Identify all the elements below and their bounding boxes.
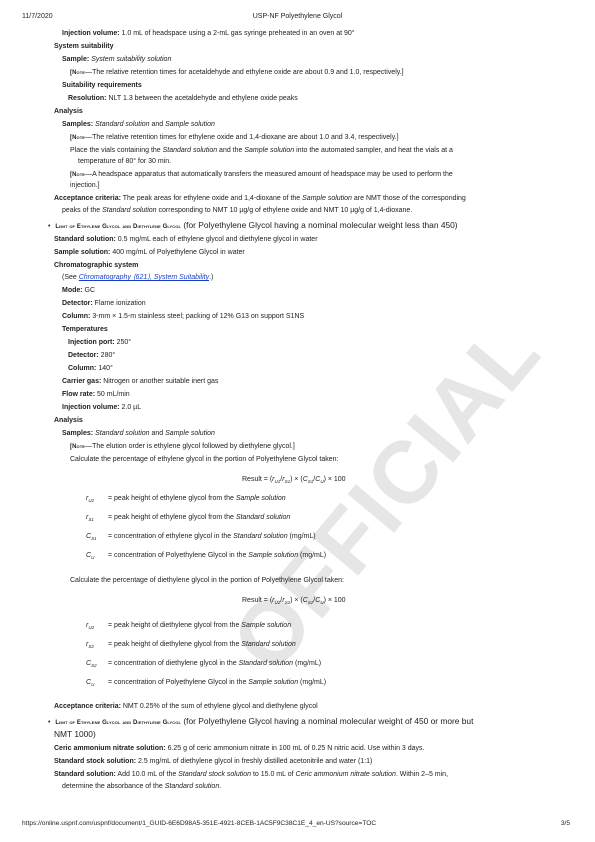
samples-line-2: Samples: Standard solution and Sample so… xyxy=(62,429,215,438)
note-retention-dioxane: [Note—The relative retention times for e… xyxy=(70,133,399,143)
samples-and: and xyxy=(150,121,166,128)
sample-solution-line: Sample solution: 400 mg/mL of Polyethyle… xyxy=(54,248,245,257)
definition-row: rU1= peak height of ethylene glycol from… xyxy=(86,494,286,505)
value: 2.0 µL xyxy=(120,404,142,411)
text: Standard solution xyxy=(102,207,156,214)
place-vials-line: Place the vials containing the Standard … xyxy=(70,146,453,155)
calc-eg-instruction: Calculate the percentage of ethylene gly… xyxy=(70,455,339,464)
text: Standard solution xyxy=(95,430,149,437)
carrier-gas-line: Carrier gas: Nitrogen or another suitabl… xyxy=(62,377,218,386)
value: 2.5 mg/mL of diethylene glycol in freshl… xyxy=(136,758,372,765)
definition-text: = concentration of ethylene glycol in th… xyxy=(108,533,233,540)
text: determine the absorbance of the xyxy=(62,783,165,790)
value: 400 mg/mL of Polyethylene Glycol in wate… xyxy=(110,249,244,256)
definition-row: CS2= concentration of diethylene glycol … xyxy=(86,659,321,670)
definition-row: CU= concentration of Polyethylene Glycol… xyxy=(86,678,326,689)
label: Injection port: xyxy=(68,339,115,346)
system-suitability-heading: System suitability xyxy=(54,42,114,51)
label: Ceric ammonium nitrate solution: xyxy=(54,745,166,752)
symbol-sub: U2 xyxy=(88,625,94,630)
definition-symbol: CU xyxy=(86,551,108,562)
note-label: [Note xyxy=(70,172,85,178)
label: Detector: xyxy=(62,300,93,307)
formula-eg: Result = (rU1/rS1) × (CS1/CU) × 100 xyxy=(242,475,346,486)
note-text: —The relative retention times for acetal… xyxy=(85,69,404,76)
place-vials-cont: temperature of 80° for 30 min. xyxy=(78,157,171,166)
value: 250° xyxy=(115,339,131,346)
resolution-label: Resolution: xyxy=(68,95,107,102)
definition-italic: Sample solution xyxy=(236,495,286,502)
standard-solution-line-3: Standard solution: Add 10.0 mL of the St… xyxy=(54,770,448,779)
ss-sample-value: System suitability solution xyxy=(91,56,171,63)
note-elution-order: [Note—The elution order is ethylene glyc… xyxy=(70,442,295,452)
value: NMT 0.25% of the sum of ethylene glycol … xyxy=(121,703,318,710)
definition-symbol: CU xyxy=(86,678,108,689)
limit-heading-450-1000: Limit of Ethylene Glycol and Diethylene … xyxy=(48,717,473,728)
definition-text: = peak height of diethylene glycol from … xyxy=(108,622,241,629)
definition-symbol: CS2 xyxy=(86,659,108,670)
definition-text: = peak height of diethylene glycol from … xyxy=(108,641,241,648)
label: Injection volume: xyxy=(62,404,120,411)
text: Standard solution xyxy=(163,147,217,154)
definition-symbol: rS1 xyxy=(86,513,108,524)
value: Nitrogen or another suitable inert gas xyxy=(101,378,218,385)
analysis-heading-1: Analysis xyxy=(54,107,83,116)
definition-italic: Standard solution xyxy=(241,641,295,648)
note-label: [Note xyxy=(70,70,85,76)
standard-solution-line: Standard solution: 0.5 mg/mL each of eth… xyxy=(54,235,318,244)
symbol-sub: U1 xyxy=(88,498,94,503)
text: Place the vials containing the xyxy=(70,147,163,154)
definition-italic: Standard solution xyxy=(233,533,287,540)
injection-volume-line: Injection volume: 1.0 mL of headspace us… xyxy=(62,29,355,38)
definition-row: rS1= peak height of ethylene glycol from… xyxy=(86,513,290,524)
limit-heading-cont: NMT 1000) xyxy=(54,730,96,739)
symbol-sub: S2 xyxy=(91,663,97,668)
symbol-sub: S1 xyxy=(88,517,94,522)
standard-stock-line: Standard stock solution: 2.5 mg/mL of di… xyxy=(54,757,372,766)
symbol-sub: S2 xyxy=(88,644,94,649)
label: Column: xyxy=(68,365,96,372)
definition-text: = concentration of diethylene glycol in … xyxy=(108,660,239,667)
acceptance-criteria-1: Acceptance criteria: The peak areas for … xyxy=(54,194,466,203)
ceric-solution-line: Ceric ammonium nitrate solution: 6.25 g … xyxy=(54,744,425,753)
value: GC xyxy=(83,287,95,294)
samples-smp: Sample solution xyxy=(165,121,215,128)
samples-label: Samples: xyxy=(62,121,93,128)
see-reference-line: (See Chromatography ⟨621⟩, System Suitab… xyxy=(62,273,213,282)
definition-row: CU= concentration of Polyethylene Glycol… xyxy=(86,551,326,562)
definition-text: = peak height of ethylene glycol from th… xyxy=(108,495,236,502)
definition-symbol: rU1 xyxy=(86,494,108,505)
value: 50 mL/min xyxy=(95,391,130,398)
symbol-sub: U xyxy=(91,682,94,687)
text: are NMT those of the corresponding xyxy=(352,195,466,202)
formula-text: ) × 100 xyxy=(324,476,346,483)
temperatures-heading: Temperatures xyxy=(62,325,108,334)
text: Ceric ammonium nitrate solution xyxy=(296,771,396,778)
formula-text: Result = ( xyxy=(242,597,272,604)
definition-symbol: rS2 xyxy=(86,640,108,651)
definition-symbol: CS1 xyxy=(86,532,108,543)
definition-text: (mg/mL) xyxy=(288,533,316,540)
value: 280° xyxy=(99,352,115,359)
text: The peak areas for ethylene oxide and 1,… xyxy=(121,195,302,202)
definition-italic: Sample solution xyxy=(248,552,298,559)
text: Sample solution xyxy=(244,147,294,154)
label: Acceptance criteria: xyxy=(54,703,121,710)
note-label: [Note xyxy=(70,444,85,450)
definition-text: (mg/mL) xyxy=(298,552,326,559)
definition-italic: Sample solution xyxy=(241,622,291,629)
text: Sample solution xyxy=(302,195,352,202)
ss-sample-label: Sample: xyxy=(62,56,89,63)
note-text: —The relative retention times for ethyle… xyxy=(85,134,399,141)
chromatography-link[interactable]: Chromatography ⟨621⟩, System Suitability xyxy=(79,274,209,281)
definition-text: = concentration of Polyethylene Glycol i… xyxy=(108,552,248,559)
formula-text: Result = ( xyxy=(242,476,272,483)
injection-volume-label: Injection volume: xyxy=(62,30,120,37)
symbol-sub: U xyxy=(91,555,94,560)
definition-row: CS1= concentration of ethylene glycol in… xyxy=(86,532,316,543)
definition-symbol: rU2 xyxy=(86,621,108,632)
note-label: [Note xyxy=(70,135,85,141)
definition-row: rS2= peak height of diethylene glycol fr… xyxy=(86,640,296,651)
note-headspace: [Note—A headspace apparatus that automat… xyxy=(70,170,453,180)
definition-italic: Sample solution xyxy=(248,679,298,686)
formula-text: ) × 100 xyxy=(324,597,346,604)
detector-temp-line: Detector: 280° xyxy=(68,351,115,360)
text: (See xyxy=(62,274,79,281)
limit-heading-sc: Limit of Ethylene Glycol and Diethylene … xyxy=(55,720,181,726)
injection-volume-value: 1.0 mL of headspace using a 2-mL gas syr… xyxy=(122,30,355,37)
text: Standard solution xyxy=(165,783,219,790)
text: . xyxy=(219,783,221,790)
injection-volume-line-2: Injection volume: 2.0 µL xyxy=(62,403,141,412)
label: Standard solution: xyxy=(54,236,116,243)
text: . Within 2–5 min, xyxy=(396,771,448,778)
label: Samples: xyxy=(62,430,93,437)
formula-text: ) × ( xyxy=(290,476,303,483)
text: to 15.0 mL of xyxy=(251,771,296,778)
samples-std: Standard solution xyxy=(95,121,149,128)
text: and the xyxy=(217,147,244,154)
flow-rate-line: Flow rate: 50 mL/min xyxy=(62,390,130,399)
label: Carrier gas: xyxy=(62,378,101,385)
formula-text: ) × ( xyxy=(290,597,303,604)
chromatographic-system-heading: Chromatographic system xyxy=(54,261,138,270)
note-text: —A headspace apparatus that automaticall… xyxy=(85,171,453,178)
definition-text: = peak height of ethylene glycol from th… xyxy=(108,514,236,521)
label: Sample solution: xyxy=(54,249,110,256)
text: .) xyxy=(209,274,213,281)
text: Standard stock solution xyxy=(178,771,251,778)
definition-text: = concentration of Polyethylene Glycol i… xyxy=(108,679,248,686)
value: Flame ionization xyxy=(93,300,146,307)
column-temp-line: Column: 140° xyxy=(68,364,113,373)
acceptance-criteria-2: Acceptance criteria: NMT 0.25% of the su… xyxy=(54,702,318,711)
injection-port-line: Injection port: 250° xyxy=(68,338,131,347)
text: peaks of the xyxy=(62,207,102,214)
symbol-sub: S1 xyxy=(91,536,97,541)
acceptance-label: Acceptance criteria: xyxy=(54,195,121,202)
definition-italic: Standard solution xyxy=(236,514,290,521)
mode-line: Mode: GC xyxy=(62,286,95,295)
limit-heading-rest: (for Polyethylene Glycol having a nomina… xyxy=(181,716,473,726)
limit-heading-sc: Limit of Ethylene Glycol and Diethylene … xyxy=(55,224,181,230)
page-number: 3/5 xyxy=(561,820,570,827)
limit-heading-under-450: Limit of Ethylene Glycol and Diethylene … xyxy=(48,221,458,232)
label: Mode: xyxy=(62,287,83,294)
resolution-line: Resolution: NLT 1.3 between the acetalde… xyxy=(68,94,298,103)
text: Add 10.0 mL of the xyxy=(116,771,178,778)
formula-deg: Result = (rU2/rS2) × (CS2/CU) × 100 xyxy=(242,596,346,607)
note-headspace-cont: injection.] xyxy=(70,181,100,190)
note-retention-acetaldehyde: [Note—The relative retention times for a… xyxy=(70,68,404,78)
calc-deg-instruction: Calculate the percentage of diethylene g… xyxy=(70,576,344,585)
text: corresponding to NMT 10 µg/g of ethylene… xyxy=(157,207,413,214)
ss-sample-line: Sample: System suitability solution xyxy=(62,55,171,64)
document-title: USP-NF Polyethylene Glycol xyxy=(0,13,595,20)
value: 3-mm × 1.5-m stainless steel; packing of… xyxy=(90,313,304,320)
label: Detector: xyxy=(68,352,99,359)
definition-text: (mg/mL) xyxy=(293,660,321,667)
samples-line-1: Samples: Standard solution and Sample so… xyxy=(62,120,215,129)
value: 140° xyxy=(96,365,112,372)
label: Standard stock solution: xyxy=(54,758,136,765)
resolution-value: NLT 1.3 between the acetaldehyde and eth… xyxy=(108,95,297,102)
definition-italic: Standard solution xyxy=(239,660,293,667)
note-text: —The elution order is ethylene glycol fo… xyxy=(85,443,295,450)
standard-solution-line-3-cont: determine the absorbance of the Standard… xyxy=(62,782,221,791)
label: Standard solution: xyxy=(54,771,116,778)
footer-url: https://online.uspnf.com/uspnf/document/… xyxy=(22,820,376,827)
value: 6.25 g of ceric ammonium nitrate in 100 … xyxy=(166,745,425,752)
value: 0.5 mg/mL each of ethylene glycol and di… xyxy=(116,236,318,243)
definition-row: rU2= peak height of diethylene glycol fr… xyxy=(86,621,291,632)
label: Flow rate: xyxy=(62,391,95,398)
column-line: Column: 3-mm × 1.5-m stainless steel; pa… xyxy=(62,312,304,321)
label: Column: xyxy=(62,313,90,320)
suitability-requirements-heading: Suitability requirements xyxy=(62,81,142,90)
detector-line: Detector: Flame ionization xyxy=(62,299,146,308)
text: into the automated sampler, and heat the… xyxy=(294,147,453,154)
definition-text: (mg/mL) xyxy=(298,679,326,686)
limit-heading-rest: (for Polyethylene Glycol having a nomina… xyxy=(181,220,458,230)
text: Sample solution xyxy=(165,430,215,437)
analysis-heading-2: Analysis xyxy=(54,416,83,425)
acceptance-criteria-1-cont: peaks of the Standard solution correspon… xyxy=(62,206,412,215)
text: and xyxy=(150,430,166,437)
